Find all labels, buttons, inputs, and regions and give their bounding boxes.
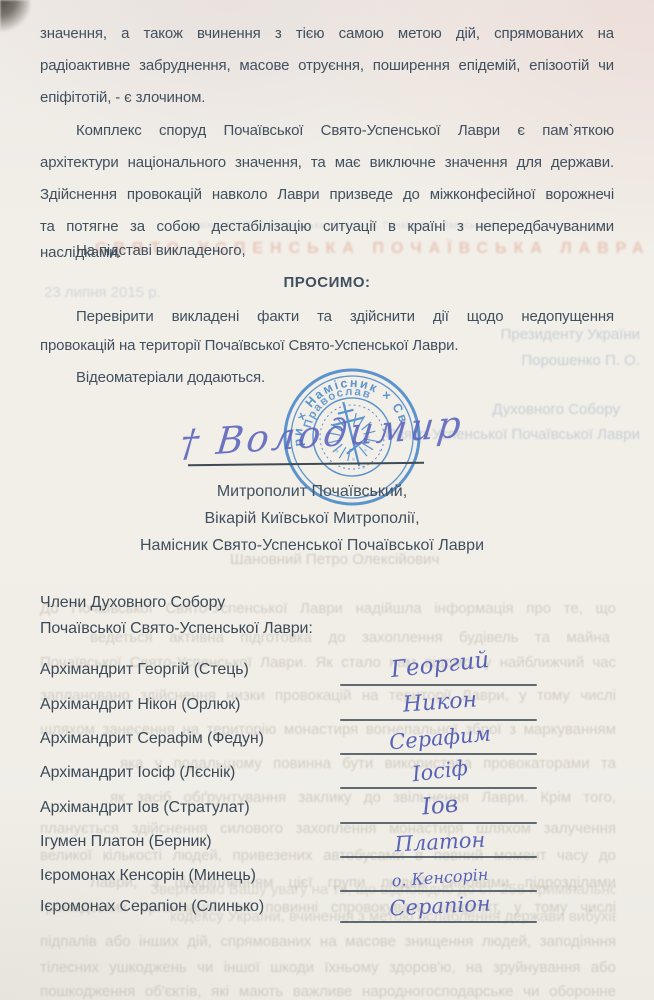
basis-line: На підставі викладеного, xyxy=(76,241,246,261)
members-heading-line: Почаївської Свято-Успенської Лаври: xyxy=(40,620,313,638)
member-label: Архімандрит Іов (Стратулат) xyxy=(40,799,250,817)
body-line: Здійснення провокацій навколо Лаври приз… xyxy=(40,185,614,205)
body-line: значення, а також вчинення з тією самою … xyxy=(40,24,614,44)
body-line: Комплекс споруд Почаївської Свято-Успенс… xyxy=(40,121,614,141)
body-line: архітектури національного значення, та м… xyxy=(40,153,614,173)
body-line: радіоактивне забруднення, масове отруєнн… xyxy=(40,56,614,76)
bleed-line: тілесних ушкоджень чи іншої шкоди їхньом… xyxy=(40,959,616,976)
request-line: Перевірити викладені факти та здійснити … xyxy=(40,307,614,327)
member-label: Архімандрит Георгій (Стець) xyxy=(40,661,249,679)
scan-corner-shadow xyxy=(0,0,30,34)
member-label: Ієромонах Серапіон (Слинько) xyxy=(40,898,264,916)
attachments-line: Відеоматеріали додаються. xyxy=(76,368,265,388)
bleed-line: пошкодження об'єктів, які мають важливе … xyxy=(40,983,616,1000)
member-label: Ігумен Платон (Берник) xyxy=(40,833,212,851)
signatory-title: Вікарій Київської Митрополії, xyxy=(100,510,524,528)
bleed-line: підпалів або інших дій, спрямованих на м… xyxy=(40,933,616,950)
body-line: та потягне за собою дестабілізацію ситуа… xyxy=(40,217,614,237)
request-heading: ПРОСИМО: xyxy=(40,273,614,293)
member-label: Архімандрит Серафім (Федун) xyxy=(40,730,264,748)
member-label: Архімандрит Іосіф (Лєснік) xyxy=(40,764,235,782)
signature-cross-prefix: † xyxy=(178,421,204,466)
signatory-title: Митрополит Почаївський, xyxy=(100,483,524,501)
member-label: Ієромонах Кенсорін (Минець) xyxy=(40,867,256,885)
member-label: Архімандрит Нікон (Орлюк) xyxy=(40,696,240,714)
members-heading-line: Члени Духовного Собору xyxy=(40,594,225,612)
signatory-title: Намісник Свято-Успенської Почаївської Ла… xyxy=(100,537,524,555)
body-line: епіфітотій, - є злочином. xyxy=(40,88,614,108)
